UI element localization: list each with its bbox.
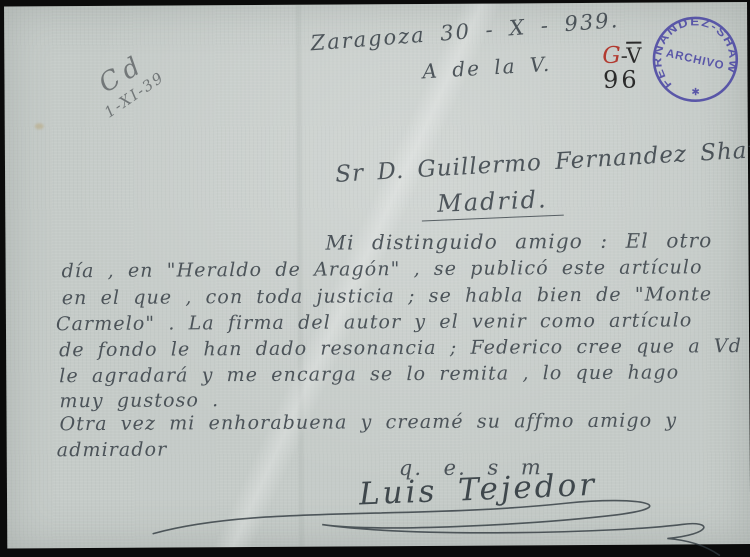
archive-number: G-V 96 <box>602 45 641 92</box>
stamp-star-icon: ✱ <box>691 87 700 98</box>
body-line: Carmelo" . La firma del autor y el venir… <box>56 309 693 335</box>
pencil-annotation: Cd 1-XI-39 <box>85 44 169 120</box>
body-line: admirador <box>57 439 168 462</box>
dateline-place-date: Zaragoza 30 - X - 939. <box>310 8 620 55</box>
body-line: en el que , con toda justicia ; se habla… <box>62 283 713 309</box>
body-line: Mi distinguido amigo : El otro <box>325 228 712 254</box>
paper-stain <box>35 123 44 129</box>
scan-background: Cd 1-XI-39 Zaragoza 30 - X - 939. A de l… <box>0 0 750 557</box>
body-line: Otra vez mi enhorabuena y creamé su affm… <box>59 409 677 435</box>
body-line: le agradará y me encarga se lo remita , … <box>59 361 679 387</box>
body-line: de fondo le han dado resonancia ; Federi… <box>59 335 742 361</box>
body-line: día , en "Heraldo de Aragón" , se public… <box>62 256 703 282</box>
archive-roman-numeral: V <box>626 44 641 68</box>
archive-number-bottom: 96 <box>602 68 641 92</box>
letter-paper: Cd 1-XI-39 Zaragoza 30 - X - 939. A de l… <box>4 2 750 549</box>
dateline-reference: A de la V. <box>422 52 552 83</box>
signature-flourish <box>147 482 727 557</box>
body-line: muy gustoso . <box>59 389 219 412</box>
stamp-center-text: ARCHIVO <box>665 48 726 73</box>
archive-number-top: G-V <box>602 45 641 68</box>
recipient-city: Madrid. <box>421 185 565 222</box>
archive-stamp: FERNANDEZ-SHAW ARCHIVO ✱ <box>649 13 742 106</box>
recipient-name: Sr D. Guillermo Fernandez Shaw <box>335 137 750 188</box>
